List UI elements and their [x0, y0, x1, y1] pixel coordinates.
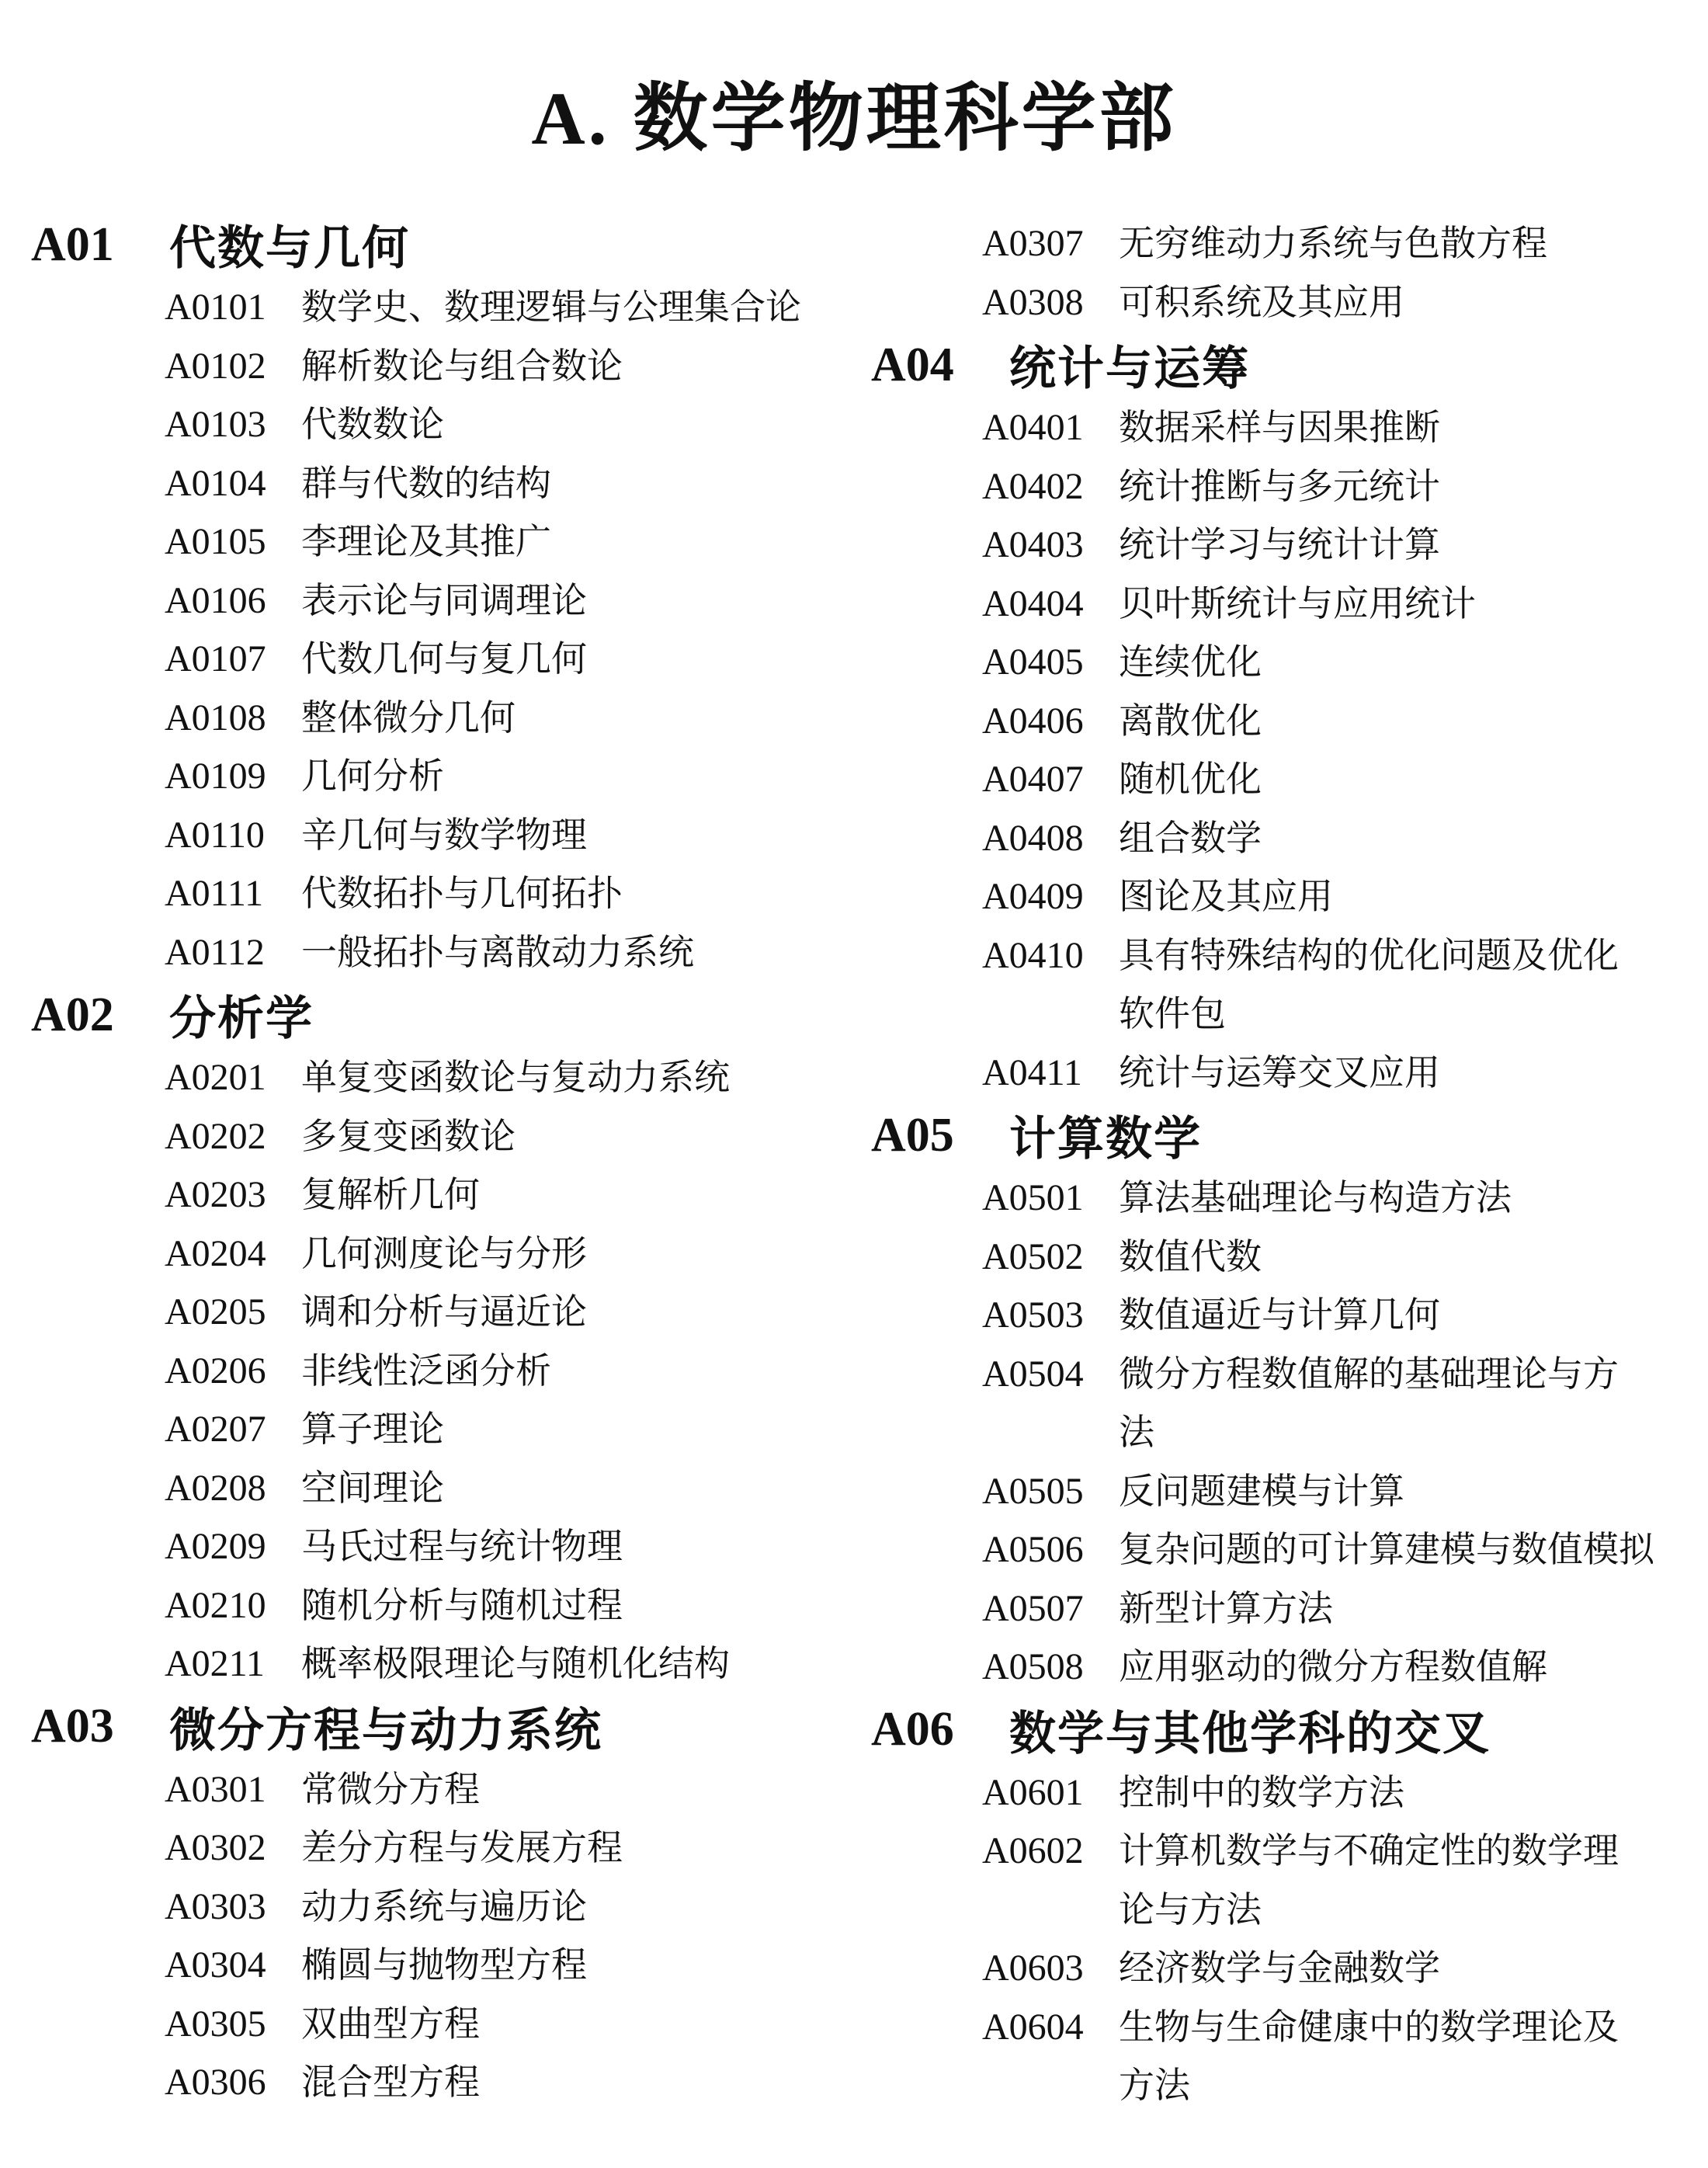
list-item: A0401数据采样与因果推断 [871, 398, 1694, 457]
item-code: A0104 [165, 454, 301, 513]
item-code: A0103 [165, 395, 301, 454]
item-name: 代数拓扑与几何拓扑 [301, 864, 623, 923]
list-item: A0207算子理论 [31, 1400, 838, 1459]
department-name: 数学物理科学部 [634, 75, 1177, 162]
item-name: 控制中的数学方法 [1119, 1763, 1404, 1822]
item-name: 数值逼近与计算几何 [1119, 1286, 1440, 1345]
list-item: A0111代数拓扑与几何拓扑 [31, 864, 838, 923]
item-code: A0504 [982, 1345, 1119, 1404]
section-heading: A02 分析学 [31, 982, 838, 1048]
list-item: A0304椭圆与抛物型方程 [31, 1936, 838, 1995]
department-code: A. [531, 77, 609, 160]
section-name: 数学与其他学科的交叉 [1009, 1697, 1491, 1763]
item-code: A0406 [982, 692, 1119, 751]
item-code: A0307 [982, 214, 1119, 273]
item-name: 离散优化 [1119, 692, 1262, 751]
item-name: 统计学习与统计计算 [1119, 516, 1440, 575]
item-code: A0507 [982, 1579, 1119, 1638]
item-code: A0305 [165, 1995, 301, 2054]
item-code: A0211 [165, 1635, 301, 1694]
right-column: A0307无穷维动力系统与色散方程 A0308可积系统及其应用 A04 统计与运… [871, 214, 1694, 2115]
item-code: A0111 [165, 864, 301, 923]
item-name: 单复变函数论与复动力系统 [301, 1048, 730, 1107]
section-code: A03 [31, 1699, 169, 1754]
list-item: A0307无穷维动力系统与色散方程 [871, 214, 1694, 273]
item-name: 群与代数的结构 [301, 454, 551, 513]
section-code: A02 [31, 988, 169, 1043]
item-name: 概率极限理论与随机化结构 [301, 1635, 730, 1694]
item-name: 多复变函数论 [301, 1107, 516, 1166]
list-item: A0407随机优化 [871, 750, 1694, 809]
item-code: A0405 [982, 633, 1119, 692]
item-code: A0503 [982, 1286, 1119, 1345]
list-item: A0101数学史、数理逻辑与公理集合论 [31, 278, 838, 337]
list-item: A0505反问题建模与计算 [871, 1462, 1694, 1521]
item-code: A0202 [165, 1107, 301, 1166]
section-name: 代数与几何 [169, 211, 410, 278]
list-item: A0107代数几何与复几何 [31, 630, 838, 689]
item-name: 空间理论 [301, 1459, 444, 1518]
item-code: A0207 [165, 1400, 301, 1459]
item-name: 代数数论 [301, 395, 444, 454]
item-code: A0204 [165, 1225, 301, 1284]
item-name: 调和分析与逼近论 [301, 1283, 587, 1342]
list-item: A0604生物与生命健康中的数学理论及方法 [871, 1998, 1694, 2115]
list-item: A0109几何分析 [31, 747, 838, 806]
item-code: A0205 [165, 1283, 301, 1342]
item-name: 数据采样与因果推断 [1119, 398, 1440, 457]
item-name: 几何测度论与分形 [301, 1225, 587, 1284]
item-code: A0107 [165, 630, 301, 689]
list-item: A0104群与代数的结构 [31, 454, 838, 513]
list-item: A0303动力系统与遍历论 [31, 1878, 838, 1937]
list-item: A0404贝叶斯统计与应用统计 [871, 575, 1694, 634]
item-code: A0402 [982, 457, 1119, 516]
item-code: A0106 [165, 572, 301, 631]
item-code: A0501 [982, 1169, 1119, 1228]
list-item: A0102解析数论与组合数论 [31, 337, 838, 396]
list-item: A0403统计学习与统计计算 [871, 516, 1694, 575]
item-code: A0301 [165, 1760, 301, 1819]
item-name: 差分方程与发展方程 [301, 1819, 623, 1878]
item-code: A0403 [982, 516, 1119, 575]
item-name: 数学史、数理逻辑与公理集合论 [301, 278, 801, 337]
item-name: 复解析几何 [301, 1166, 480, 1225]
section-name: 计算数学 [1009, 1102, 1202, 1169]
list-item: A0202多复变函数论 [31, 1107, 838, 1166]
list-item: A0409图论及其应用 [871, 867, 1694, 926]
list-item: A0103代数数论 [31, 395, 838, 454]
item-code: A0201 [165, 1048, 301, 1107]
section-heading: A04 统计与运筹 [871, 332, 1694, 398]
section-code: A01 [31, 217, 169, 273]
list-item: A0408组合数学 [871, 809, 1694, 868]
list-item: A0503数值逼近与计算几何 [871, 1286, 1694, 1345]
list-item: A0205调和分析与逼近论 [31, 1283, 838, 1342]
list-item: A0308可积系统及其应用 [871, 273, 1694, 332]
list-item: A0302差分方程与发展方程 [31, 1819, 838, 1878]
item-code: A0209 [165, 1517, 301, 1576]
item-name: 双曲型方程 [301, 1995, 480, 2054]
item-code: A0603 [982, 1939, 1119, 1998]
item-name: 反问题建模与计算 [1119, 1462, 1404, 1521]
item-name: 统计与运筹交叉应用 [1119, 1044, 1440, 1103]
item-code: A0410 [982, 926, 1119, 985]
item-name: 李理论及其推广 [301, 512, 551, 572]
item-code: A0303 [165, 1878, 301, 1937]
item-name: 算子理论 [301, 1400, 444, 1459]
item-name: 辛几何与数学物理 [301, 806, 587, 865]
item-name: 几何分析 [301, 747, 444, 806]
list-item: A0201单复变函数论与复动力系统 [31, 1048, 838, 1107]
section-name: 统计与运筹 [1009, 332, 1250, 398]
list-item: A0203复解析几何 [31, 1166, 838, 1225]
section-code: A06 [871, 1702, 1009, 1757]
item-name: 整体微分几何 [301, 689, 516, 748]
item-code: A0101 [165, 278, 301, 337]
item-name: 连续优化 [1119, 633, 1262, 692]
item-code: A0210 [165, 1576, 301, 1635]
section-heading: A05 计算数学 [871, 1102, 1694, 1169]
list-item: A0208空间理论 [31, 1459, 838, 1518]
item-code: A0302 [165, 1819, 301, 1878]
list-item: A0112一般拓扑与离散动力系统 [31, 923, 838, 982]
list-item: A0206非线性泛函分析 [31, 1342, 838, 1401]
list-item: A0410具有特殊结构的优化问题及优化软件包 [871, 926, 1694, 1044]
section-heading: A06 数学与其他学科的交叉 [871, 1697, 1694, 1763]
item-code: A0502 [982, 1228, 1119, 1287]
list-item: A0508应用驱动的微分方程数值解 [871, 1638, 1694, 1697]
item-code: A0308 [982, 273, 1119, 332]
item-name: 算法基础理论与构造方法 [1119, 1169, 1512, 1228]
item-name: 数值代数 [1119, 1228, 1262, 1287]
list-item: A0108整体微分几何 [31, 689, 838, 748]
item-name: 微分方程数值解的基础理论与方法 [1119, 1345, 1647, 1462]
section-name: 分析学 [169, 982, 314, 1048]
item-name: 一般拓扑与离散动力系统 [301, 923, 694, 982]
item-code: A0306 [165, 2053, 301, 2112]
list-item: A0411统计与运筹交叉应用 [871, 1044, 1694, 1103]
item-name: 统计推断与多元统计 [1119, 457, 1440, 516]
list-item: A0402统计推断与多元统计 [871, 457, 1694, 516]
item-name: 经济数学与金融数学 [1119, 1939, 1440, 1998]
list-item: A0110辛几何与数学物理 [31, 806, 838, 865]
list-item: A0106表示论与同调理论 [31, 572, 838, 631]
item-code: A0408 [982, 809, 1119, 868]
list-item: A0501算法基础理论与构造方法 [871, 1169, 1694, 1228]
item-code: A0506 [982, 1520, 1119, 1579]
item-code: A0409 [982, 867, 1119, 926]
list-item: A0507新型计算方法 [871, 1579, 1694, 1638]
item-name: 复杂问题的可计算建模与数值模拟 [1119, 1520, 1654, 1579]
list-item: A0210随机分析与随机过程 [31, 1576, 838, 1635]
item-code: A0604 [982, 1998, 1119, 2057]
item-name: 新型计算方法 [1119, 1579, 1333, 1638]
item-code: A0407 [982, 750, 1119, 809]
item-code: A0304 [165, 1936, 301, 1995]
item-code: A0508 [982, 1638, 1119, 1697]
list-item: A0301常微分方程 [31, 1760, 838, 1819]
list-item: A0406离散优化 [871, 692, 1694, 751]
item-name: 生物与生命健康中的数学理论及方法 [1119, 1998, 1647, 2115]
item-code: A0208 [165, 1459, 301, 1518]
item-name: 动力系统与遍历论 [301, 1878, 587, 1937]
item-code: A0108 [165, 689, 301, 748]
item-code: A0105 [165, 512, 301, 572]
item-code: A0404 [982, 575, 1119, 634]
item-name: 混合型方程 [301, 2053, 480, 2112]
item-name: 具有特殊结构的优化问题及优化软件包 [1119, 926, 1647, 1044]
list-item: A0504微分方程数值解的基础理论与方法 [871, 1345, 1694, 1462]
item-code: A0602 [982, 1822, 1119, 1881]
item-name: 解析数论与组合数论 [301, 337, 623, 396]
list-item: A0306混合型方程 [31, 2053, 838, 2112]
list-item: A0603经济数学与金融数学 [871, 1939, 1694, 1998]
item-name: 代数几何与复几何 [301, 630, 587, 689]
item-name: 非线性泛函分析 [301, 1342, 551, 1401]
section-heading: A03 微分方程与动力系统 [31, 1694, 838, 1760]
item-name: 无穷维动力系统与色散方程 [1119, 214, 1547, 273]
list-item: A0405连续优化 [871, 633, 1694, 692]
item-code: A0411 [982, 1044, 1119, 1103]
item-name: 应用驱动的微分方程数值解 [1119, 1638, 1547, 1697]
item-name: 表示论与同调理论 [301, 572, 587, 631]
item-code: A0601 [982, 1763, 1119, 1822]
list-item: A0601控制中的数学方法 [871, 1763, 1694, 1822]
item-name: 随机分析与随机过程 [301, 1576, 623, 1635]
item-name: 贝叶斯统计与应用统计 [1119, 575, 1476, 634]
list-item: A0211概率极限理论与随机化结构 [31, 1635, 838, 1694]
item-code: A0206 [165, 1342, 301, 1401]
item-name: 计算机数学与不确定性的数学理论与方法 [1119, 1822, 1647, 1939]
section-heading: A01 代数与几何 [31, 211, 838, 278]
page-title: A.数学物理科学部 [0, 71, 1708, 165]
item-name: 椭圆与抛物型方程 [301, 1936, 587, 1995]
item-name: 图论及其应用 [1119, 867, 1333, 926]
item-name: 常微分方程 [301, 1760, 480, 1819]
item-code: A0505 [982, 1462, 1119, 1521]
item-name: 组合数学 [1119, 809, 1262, 868]
list-item: A0502数值代数 [871, 1228, 1694, 1287]
section-name: 微分方程与动力系统 [169, 1694, 602, 1760]
item-code: A0109 [165, 747, 301, 806]
item-code: A0203 [165, 1166, 301, 1225]
item-name: 随机优化 [1119, 750, 1262, 809]
left-column: A01 代数与几何 A0101数学史、数理逻辑与公理集合论 A0102解析数论与… [31, 211, 838, 2112]
item-name: 可积系统及其应用 [1119, 273, 1404, 332]
list-item: A0209马氏过程与统计物理 [31, 1517, 838, 1576]
list-item: A0506复杂问题的可计算建模与数值模拟 [871, 1520, 1694, 1579]
list-item: A0105李理论及其推广 [31, 512, 838, 572]
list-item: A0305双曲型方程 [31, 1995, 838, 2054]
item-code: A0110 [165, 806, 301, 865]
item-code: A0401 [982, 398, 1119, 457]
item-code: A0112 [165, 923, 301, 982]
list-item: A0204几何测度论与分形 [31, 1225, 838, 1284]
section-code: A04 [871, 338, 1009, 393]
item-name: 马氏过程与统计物理 [301, 1517, 623, 1576]
section-code: A05 [871, 1108, 1009, 1163]
item-code: A0102 [165, 337, 301, 396]
list-item: A0602计算机数学与不确定性的数学理论与方法 [871, 1822, 1694, 1939]
